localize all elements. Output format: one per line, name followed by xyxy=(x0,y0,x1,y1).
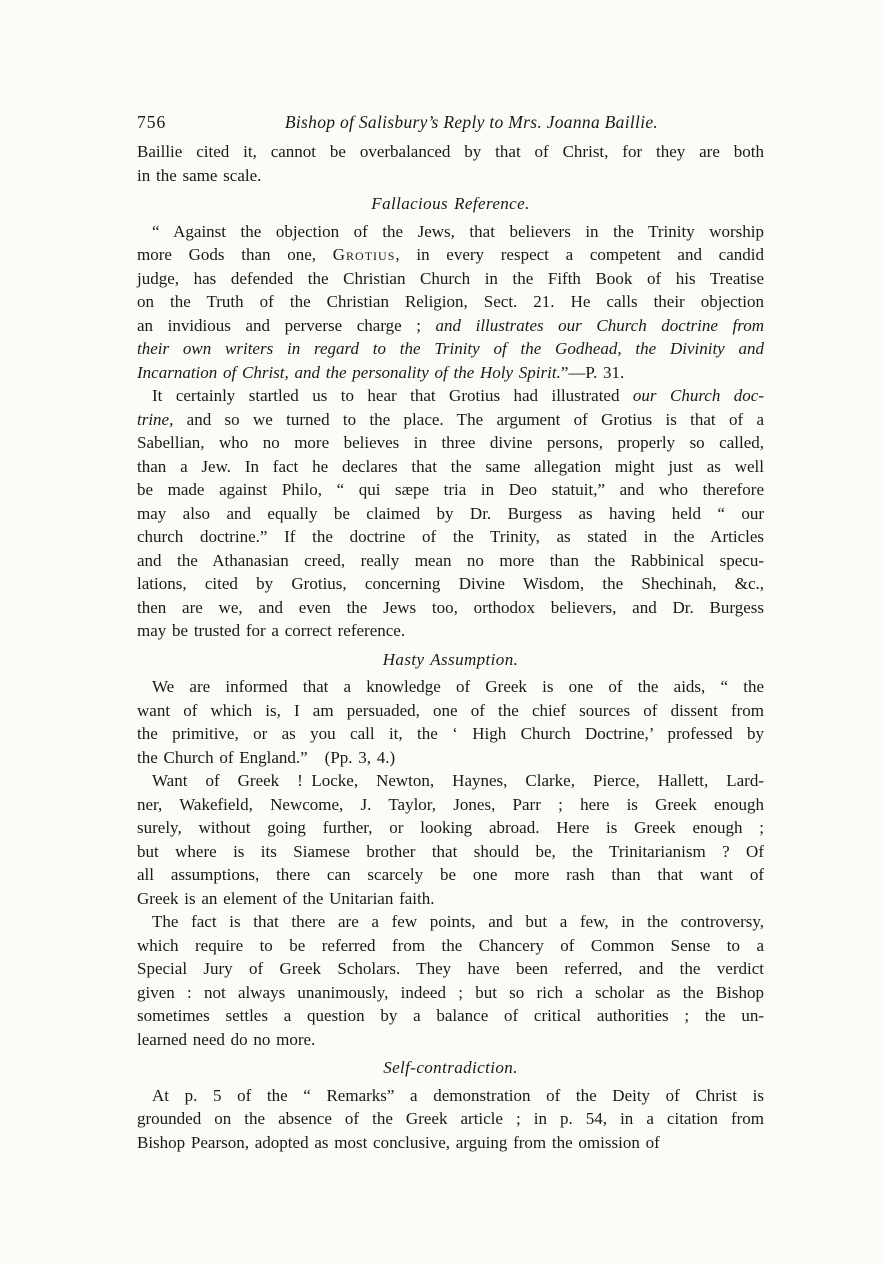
section-heading: Self-contradiction. xyxy=(137,1056,764,1080)
section-heading: Fallacious Reference. xyxy=(137,192,764,216)
text-segment: learned need do no more. xyxy=(137,1030,315,1049)
text-line: grounded on the absence of the Greek art… xyxy=(137,1107,764,1131)
text-segment: Baillie cited it, cannot be overbalanced… xyxy=(137,142,764,161)
text-line: may be trusted for a correct reference. xyxy=(137,619,764,643)
text-line: Self-contradiction. xyxy=(137,1056,764,1080)
text-line: church doctrine.” If the doctrine of the… xyxy=(137,525,764,549)
text-line: lations, cited by Grotius, concerning Di… xyxy=(137,572,764,596)
text-line: and the Athanasian creed, really mean no… xyxy=(137,549,764,573)
text-segment: Sabellian, who no more believes in three… xyxy=(137,433,764,452)
paragraph: Want of Greek ! Locke, Newton, Haynes, C… xyxy=(137,769,764,910)
text-line: all assumptions, there can scarcely be o… xyxy=(137,863,764,887)
text-segment: want of which is, I am persuaded, one of… xyxy=(137,701,764,720)
text-segment: then are we, and even the Jews too, orth… xyxy=(137,598,764,617)
text-line: in the same scale. xyxy=(137,164,764,188)
text-segment: but where is its Siamese brother that sh… xyxy=(137,842,764,861)
text-line: “ Against the objection of the Jews, tha… xyxy=(137,220,764,244)
text-line: Incarnation of Christ, and the personali… xyxy=(137,361,764,385)
text-line: learned need do no more. xyxy=(137,1028,764,1052)
text-line: At p. 5 of the “ Remarks” a demonstratio… xyxy=(137,1084,764,1108)
text-segment: sometimes settles a question by a balanc… xyxy=(137,1006,764,1025)
text-segment: than a Jew. In fact he declares that the… xyxy=(137,457,764,476)
running-title: Bishop of Salisbury’s Reply to Mrs. Joan… xyxy=(137,110,764,134)
text-line: than a Jew. In fact he declares that the… xyxy=(137,455,764,479)
italic-text: and illustrates our Church doctrine from xyxy=(436,316,764,335)
text-segment: , in every respect a competent and candi… xyxy=(395,245,764,264)
paragraph: We are informed that a knowledge of Gree… xyxy=(137,675,764,769)
page-number: 756 xyxy=(137,110,166,134)
text-segment: ner, Wakefield, Newcome, J. Taylor, Jone… xyxy=(137,795,764,814)
text-segment: church doctrine.” If the doctrine of the… xyxy=(137,527,764,546)
text-line: Baillie cited it, cannot be overbalanced… xyxy=(137,140,764,164)
paragraph: It certainly startled us to hear that Gr… xyxy=(137,384,764,643)
text-segment: and so we turned to the place. The argum… xyxy=(173,410,764,429)
page-content: Baillie cited it, cannot be overbalanced… xyxy=(137,140,764,1154)
text-segment: on the Truth of the Christian Religion, … xyxy=(137,292,764,311)
text-line: The fact is that there are a few points,… xyxy=(137,910,764,934)
text-line: Sabellian, who no more believes in three… xyxy=(137,431,764,455)
paragraph: The fact is that there are a few points,… xyxy=(137,910,764,1051)
text-line: want of which is, I am persuaded, one of… xyxy=(137,699,764,723)
text-segment: lations, cited by Grotius, concerning Di… xyxy=(137,574,764,593)
text-line: then are we, and even the Jews too, orth… xyxy=(137,596,764,620)
text-segment: Want of Greek ! Locke, Newton, Haynes, C… xyxy=(152,771,764,790)
italic-text: our Church doc- xyxy=(633,386,764,405)
text-segment: Greek is an element of the Unitarian fai… xyxy=(137,889,435,908)
section-heading: Hasty Assumption. xyxy=(137,648,764,672)
text-segment: At p. 5 of the “ Remarks” a demonstratio… xyxy=(152,1086,764,1105)
text-segment: the Church of England.” (Pp. 3, 4.) xyxy=(137,748,395,767)
text-line: be made against Philo, “ qui sæpe tria i… xyxy=(137,478,764,502)
italic-text: Hasty Assumption. xyxy=(383,650,519,669)
text-segment: ”—P. 31. xyxy=(561,363,624,382)
paragraph: Baillie cited it, cannot be overbalanced… xyxy=(137,140,764,187)
text-line: Bishop Pearson, adopted as most conclusi… xyxy=(137,1131,764,1155)
text-segment: more Gods than one, xyxy=(137,245,333,264)
text-segment: which require to be referred from the Ch… xyxy=(137,936,764,955)
text-line: on the Truth of the Christian Religion, … xyxy=(137,290,764,314)
text-segment: It certainly startled us to hear that Gr… xyxy=(152,386,633,405)
text-line: sometimes settles a question by a balanc… xyxy=(137,1004,764,1028)
paragraph: “ Against the objection of the Jews, tha… xyxy=(137,220,764,385)
italic-text: Fallacious Reference. xyxy=(371,194,529,213)
text-line: Hasty Assumption. xyxy=(137,648,764,672)
text-line: Special Jury of Greek Scholars. They hav… xyxy=(137,957,764,981)
italic-text: Self-contradiction. xyxy=(383,1058,518,1077)
text-line: It certainly startled us to hear that Gr… xyxy=(137,384,764,408)
text-segment: may be trusted for a correct reference. xyxy=(137,621,405,640)
text-segment: in the same scale. xyxy=(137,166,261,185)
text-segment: be made against Philo, “ qui sæpe tria i… xyxy=(137,480,764,499)
text-line: Want of Greek ! Locke, Newton, Haynes, C… xyxy=(137,769,764,793)
running-header: 756 Bishop of Salisbury’s Reply to Mrs. … xyxy=(137,110,764,134)
text-line: but where is its Siamese brother that sh… xyxy=(137,840,764,864)
text-line: surely, without going further, or lookin… xyxy=(137,816,764,840)
text-line: ner, Wakefield, Newcome, J. Taylor, Jone… xyxy=(137,793,764,817)
text-line: the primitive, or as you call it, the ‘ … xyxy=(137,722,764,746)
text-line: given : not always unanimously, indeed ;… xyxy=(137,981,764,1005)
text-segment: “ Against the objection of the Jews, tha… xyxy=(152,222,764,241)
text-line: their own writers in regard to the Trini… xyxy=(137,337,764,361)
text-line: which require to be referred from the Ch… xyxy=(137,934,764,958)
smallcaps-text: Grotius xyxy=(333,245,396,264)
italic-text: their own writers in regard to the Trini… xyxy=(137,339,764,358)
text-segment: Bishop Pearson, adopted as most conclusi… xyxy=(137,1133,660,1152)
text-segment: all assumptions, there can scarcely be o… xyxy=(137,865,764,884)
italic-text: Incarnation of Christ, and the personali… xyxy=(137,363,561,382)
text-line: more Gods than one, Grotius, in every re… xyxy=(137,243,764,267)
paragraph: At p. 5 of the “ Remarks” a demonstratio… xyxy=(137,1084,764,1155)
text-line: the Church of England.” (Pp. 3, 4.) xyxy=(137,746,764,770)
italic-text: trine, xyxy=(137,410,173,429)
text-line: Greek is an element of the Unitarian fai… xyxy=(137,887,764,911)
text-segment: judge, has defended the Christian Church… xyxy=(137,269,764,288)
text-segment: may also and equally be claimed by Dr. B… xyxy=(137,504,764,523)
book-page: 756 Bishop of Salisbury’s Reply to Mrs. … xyxy=(0,0,883,1265)
text-line: an invidious and perverse charge ; and i… xyxy=(137,314,764,338)
text-segment: an invidious and perverse charge ; xyxy=(137,316,436,335)
text-segment: Special Jury of Greek Scholars. They hav… xyxy=(137,959,764,978)
text-segment: grounded on the absence of the Greek art… xyxy=(137,1109,764,1128)
text-segment: The fact is that there are a few points,… xyxy=(152,912,764,931)
text-line: trine, and so we turned to the place. Th… xyxy=(137,408,764,432)
text-segment: given : not always unanimously, indeed ;… xyxy=(137,983,764,1002)
text-segment: and the Athanasian creed, really mean no… xyxy=(137,551,764,570)
text-line: may also and equally be claimed by Dr. B… xyxy=(137,502,764,526)
text-line: judge, has defended the Christian Church… xyxy=(137,267,764,291)
text-segment: the primitive, or as you call it, the ‘ … xyxy=(137,724,764,743)
text-line: We are informed that a knowledge of Gree… xyxy=(137,675,764,699)
text-segment: surely, without going further, or lookin… xyxy=(137,818,764,837)
text-line: Fallacious Reference. xyxy=(137,192,764,216)
text-segment: We are informed that a knowledge of Gree… xyxy=(152,677,764,696)
